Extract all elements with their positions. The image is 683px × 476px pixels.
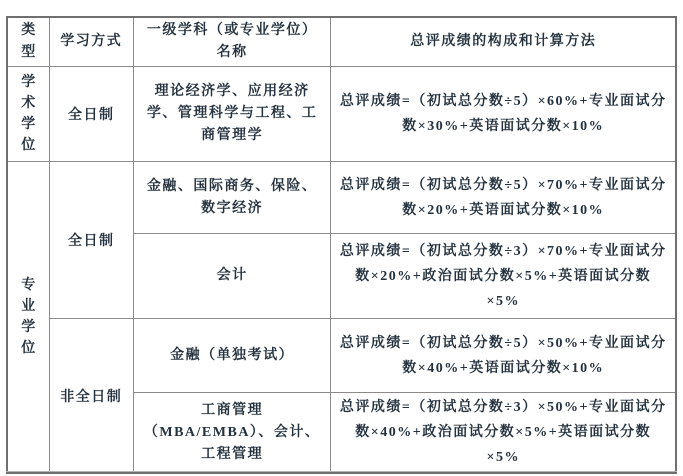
header-cell-type: 类型 — [7, 17, 49, 67]
cell-subject-finance-separate-exam: 金融（单独考试） — [133, 319, 331, 393]
cell-formula-finance-group: 总评成绩=（初试总分数÷5）×70%+专业面试分数×20%+英语面试分数×10% — [331, 162, 676, 234]
header-cell-method: 总评成绩的构成和计算方法 — [331, 17, 676, 67]
header-cell-subject: 一级学科（或专业学位）名称 — [133, 17, 331, 67]
formula-text: 总评成绩=（初试总分数÷5）×50%+专业面试分数×40%+英语面试分数×10% — [340, 336, 667, 376]
table-header-row: 类型 学习方式 一级学科（或专业学位）名称 总评成绩的构成和计算方法 — [7, 17, 676, 67]
table-row-professional-finance: 专业学位 全日制 金融、国际商务、保险、数字经济 总评成绩=（初试总分数÷5）×… — [7, 162, 676, 234]
cell-formula-finance-separate-exam: 总评成绩=（初试总分数÷5）×50%+专业面试分数×40%+英语面试分数×10% — [331, 319, 676, 393]
cell-subject-economics: 理论经济学、应用经济学、管理科学与工程、工商管理学 — [133, 67, 331, 162]
header-method-label: 总评成绩的构成和计算方法 — [410, 34, 596, 49]
mode-label: 全日制 — [68, 234, 115, 249]
header-type-label: 类型 — [20, 20, 37, 64]
subject-label: 理论经济学、应用经济学、管理科学与工程、工商管理学 — [147, 84, 318, 143]
header-mode-label: 学习方式 — [60, 34, 122, 49]
admission-score-table: 类型 学习方式 一级学科（或专业学位）名称 总评成绩的构成和计算方法 学术学位 … — [6, 16, 677, 474]
formula-text: 总评成绩=（初试总分数÷3）×50%+专业面试分数×40%+政治面试分数×5%+… — [340, 400, 667, 465]
header-cell-mode: 学习方式 — [49, 17, 133, 67]
subject-label: 工商管理（MBA/EMBA）、会计、工程管理 — [144, 403, 321, 462]
mode-label: 非全日制 — [60, 390, 122, 405]
degree-type-professional-label: 专业学位 — [20, 275, 37, 359]
cell-mode-academic-fulltime: 全日制 — [49, 67, 133, 162]
cell-degree-type-academic: 学术学位 — [7, 67, 49, 162]
cell-formula-economics: 总评成绩=（初试总分数÷5）×60%+专业面试分数×30%+英语面试分数×10% — [331, 67, 676, 162]
table-row-parttime-finance: 非全日制 金融（单独考试） 总评成绩=（初试总分数÷5）×50%+专业面试分数×… — [7, 319, 676, 393]
header-subject-label: 一级学科（或专业学位）名称 — [147, 23, 318, 60]
formula-text: 总评成绩=（初试总分数÷5）×70%+专业面试分数×20%+英语面试分数×10% — [340, 178, 667, 218]
mode-label: 全日制 — [68, 108, 115, 123]
degree-type-academic-label: 学术学位 — [20, 72, 37, 156]
cell-subject-accounting: 会计 — [133, 234, 331, 319]
document-page: 类型 学习方式 一级学科（或专业学位）名称 总评成绩的构成和计算方法 学术学位 … — [0, 0, 683, 476]
cell-subject-finance-group: 金融、国际商务、保险、数字经济 — [133, 162, 331, 234]
cell-mode-professional-parttime: 非全日制 — [49, 319, 133, 474]
formula-text: 总评成绩=（初试总分数÷5）×60%+专业面试分数×30%+英语面试分数×10% — [340, 94, 667, 134]
formula-text: 总评成绩=（初试总分数÷3）×70%+专业面试分数×20%+政治面试分数×5%+… — [340, 244, 667, 309]
cell-subject-mba-group: 工商管理（MBA/EMBA）、会计、工程管理 — [133, 393, 331, 474]
cell-formula-mba-group: 总评成绩=（初试总分数÷3）×50%+专业面试分数×40%+政治面试分数×5%+… — [331, 393, 676, 474]
cell-formula-accounting: 总评成绩=（初试总分数÷3）×70%+专业面试分数×20%+政治面试分数×5%+… — [331, 234, 676, 319]
subject-label: 会计 — [217, 268, 248, 283]
table-row-academic-fulltime: 学术学位 全日制 理论经济学、应用经济学、管理科学与工程、工商管理学 总评成绩=… — [7, 67, 676, 162]
cell-degree-type-professional: 专业学位 — [7, 162, 49, 474]
subject-label: 金融、国际商务、保险、数字经济 — [147, 179, 318, 216]
cropped-next-row-border — [6, 471, 677, 472]
subject-label: 金融（单独考试） — [170, 348, 294, 363]
cell-mode-professional-fulltime: 全日制 — [49, 162, 133, 319]
